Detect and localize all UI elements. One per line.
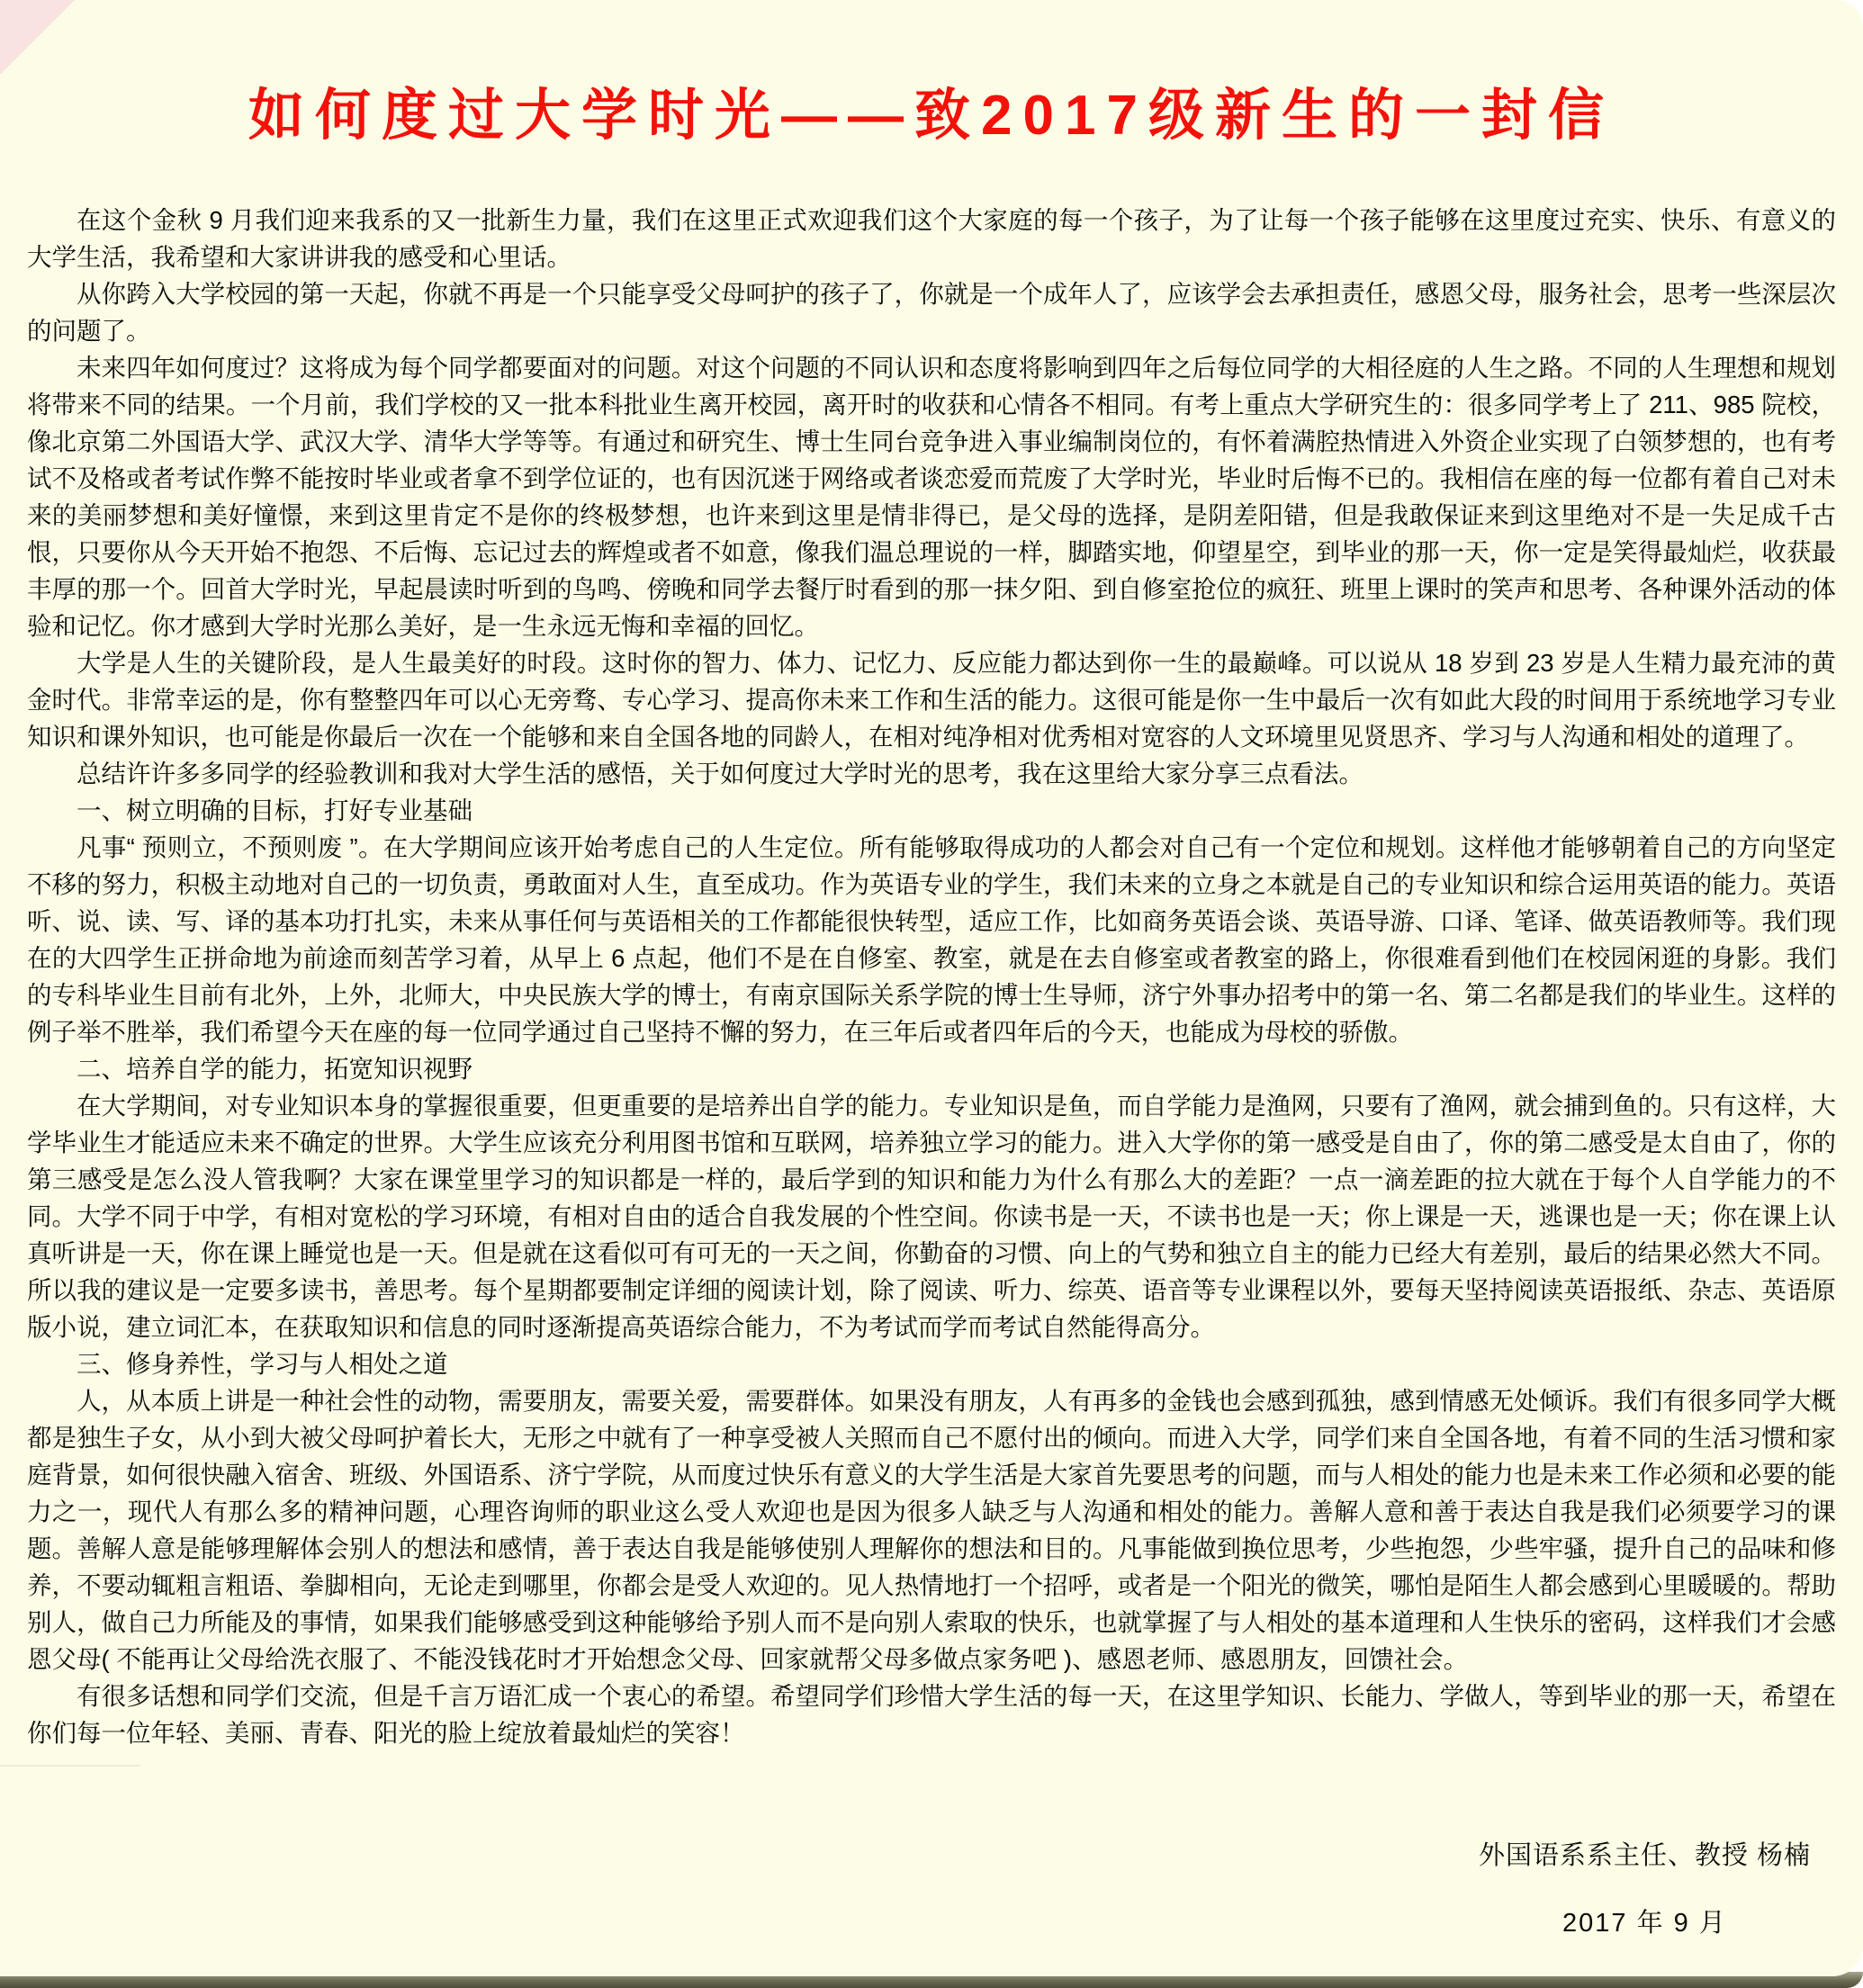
paragraph: 人，从本质上讲是一种社会性的动物，需要朋友，需要关爱，需要群体。如果没有朋友，人…: [27, 1382, 1836, 1678]
paragraph: 未来四年如何度过？这将成为每个同学都要面对的问题。对这个问题的不同认识和态度将影…: [27, 349, 1836, 644]
letter-date: 2017 年 9 月: [1479, 1905, 1811, 1941]
section-heading: 二、培养自学的能力，拓宽知识视野: [27, 1050, 1836, 1087]
slide-canvas: 如何度过大学时光——致2017级新生的一封信 在这个金秋 9 月我们迎来我系的又…: [0, 0, 1863, 1988]
paragraph: 在这个金秋 9 月我们迎来我系的又一批新生力量，我们在这里正式欢迎我们这个大家庭…: [27, 202, 1836, 275]
section-heading: 三、修身养性，学习与人相处之道: [27, 1345, 1836, 1382]
letter-page: 如何度过大学时光——致2017级新生的一封信 在这个金秋 9 月我们迎来我系的又…: [0, 0, 1863, 1976]
paragraph: 从你跨入大学校园的第一天起，你就不再是一个只能享受父母呵护的孩子了，你就是一个成…: [27, 275, 1836, 349]
signature-block: 外国语系系主任、教授 杨楠 2017 年 9 月: [1479, 1838, 1811, 1941]
textbox-edge-line: [0, 1765, 140, 1767]
letter-title: 如何度过大学时光——致2017级新生的一封信: [0, 0, 1863, 149]
paragraph: 大学是人生的关键阶段，是人生最美好的时段。这时你的智力、体力、记忆力、反应能力都…: [27, 644, 1836, 755]
paragraph: 总结许许多多同学的经验教训和我对大学生活的感悟，关于如何度过大学时光的思考，我在…: [27, 755, 1836, 792]
letter-body: 在这个金秋 9 月我们迎来我系的又一批新生力量，我们在这里正式欢迎我们这个大家庭…: [27, 202, 1836, 1751]
signature: 外国语系系主任、教授 杨楠: [1479, 1838, 1811, 1874]
paragraph: 有很多话想和同学们交流，但是千言万语汇成一个衷心的希望。希望同学们珍惜大学生活的…: [27, 1678, 1836, 1751]
paragraph: 凡事“ 预则立，不预则废 ”。在大学期间应该开始考虑自己的人生定位。所有能够取得…: [27, 829, 1836, 1050]
paragraph: 在大学期间，对专业知识本身的掌握很重要，但更重要的是培养出自学的能力。专业知识是…: [27, 1087, 1836, 1345]
section-heading: 一、树立明确的目标，打好专业基础: [27, 792, 1836, 829]
